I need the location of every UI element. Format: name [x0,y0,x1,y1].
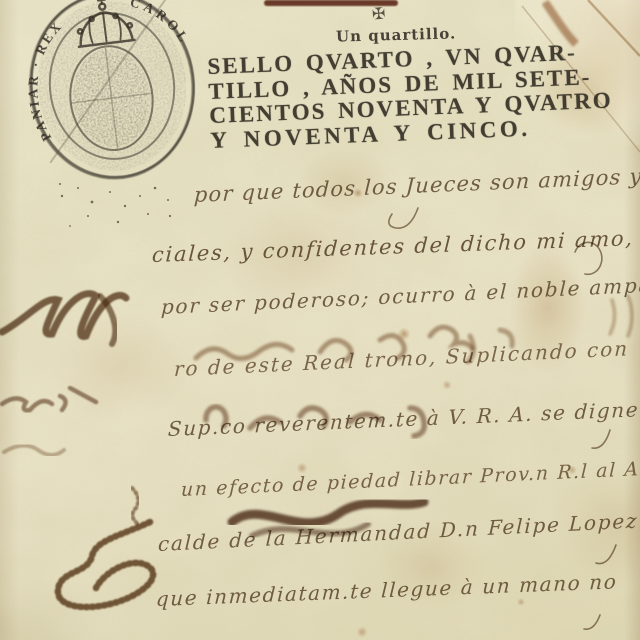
denomination-label: Un quartillo. [336,24,457,45]
manuscript-line: ro de este Real trono, Suplicando con [173,336,629,381]
manuscript-line: calde de la Hermandad D.n Felipe Lopez p [158,507,640,556]
printed-tax-stamp: SELLO QVARTO , VN QVAR- TILLO , AÑOS DE … [207,40,614,153]
royal-seal-graphic: PANIAR · REX · CAROL [0,0,244,208]
manuscript-line: por ser poderoso; ocurro à el noble ampa [160,273,640,319]
cross-icon: ✠ [371,4,386,24]
manuscript-line: Sup.co reverentem.te à V. R. A. se digne… [167,396,640,441]
manuscript-line: ciales, y confidentes del dicho mi amo, [151,226,634,267]
rubric-flourish [58,488,153,607]
manuscript-line: por que todos los Jueces son amigos y pa… [193,162,640,207]
manuscript-page: PANIAR · REX · CAROL [0,0,640,640]
royal-seal-stamp: PANIAR · REX · CAROL [0,0,244,208]
manuscript-line: un efecto de piedad librar Prov.n R.l al… [181,458,640,501]
manuscript-line: que inmediatam.te llegue à un mano no [155,569,618,611]
